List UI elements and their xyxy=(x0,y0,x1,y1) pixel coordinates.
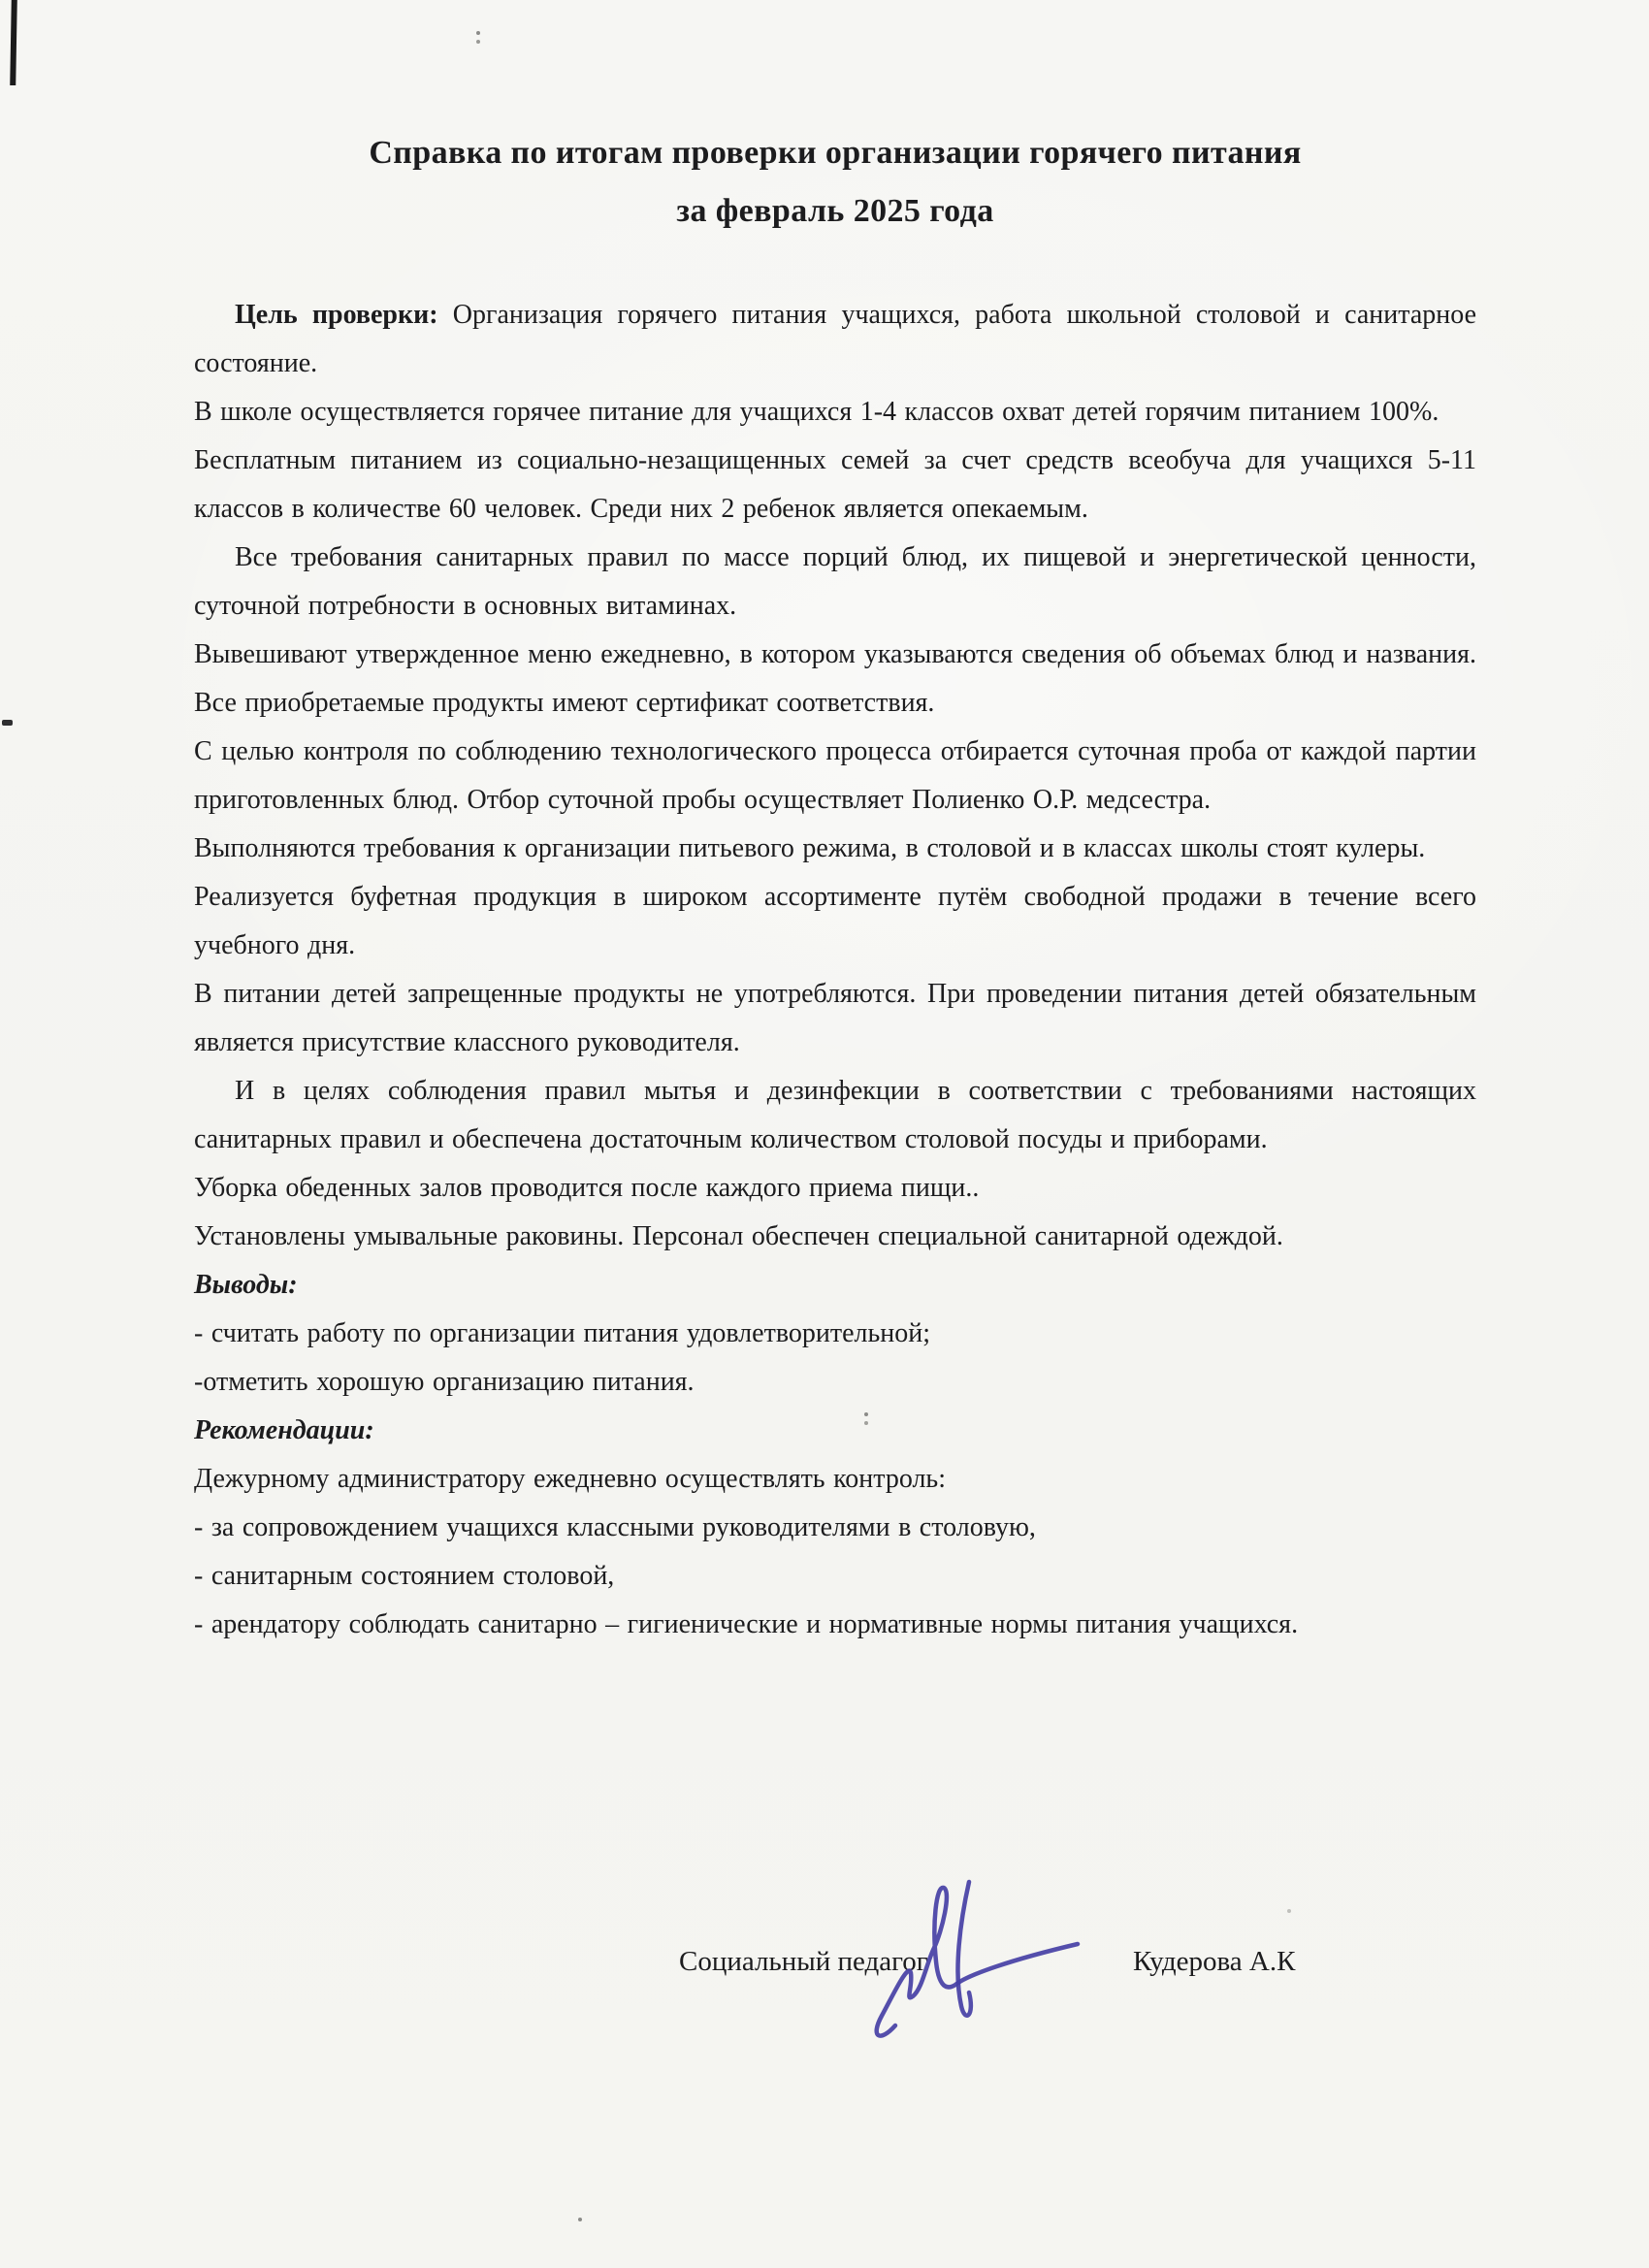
paragraph-text: Выполняются требования к организации пит… xyxy=(194,833,1425,863)
paragraph-text: С целью контроля по соблюдению технологи… xyxy=(194,736,1476,815)
paragraph-text: Все требования санитарных правил по масс… xyxy=(194,542,1476,621)
paragraph-text: Дежурному администратору ежедневно осуще… xyxy=(194,1464,946,1494)
paragraph: Выполняются требования к организации пит… xyxy=(194,825,1476,873)
paragraph-text: Бесплатным питанием из социально-незащищ… xyxy=(194,445,1476,524)
paragraph-text: Реализуется буфетная продукция в широком… xyxy=(194,882,1476,960)
paragraph: Дежурному администратору ежедневно осуще… xyxy=(194,1455,1476,1504)
paragraph: - за сопровождением учащихся классными р… xyxy=(194,1504,1476,1552)
paragraph-lead-bold: Цель проверки: xyxy=(235,300,438,330)
scan-speck xyxy=(476,31,480,35)
paragraph: - считать работу по организации питания … xyxy=(194,1310,1476,1358)
paragraph-text: Выводы: xyxy=(194,1270,298,1300)
title-line-2: за февраль 2025 года xyxy=(194,182,1476,241)
handwritten-signature xyxy=(866,1878,1099,2053)
paragraph: Цель проверки: Организация горячего пита… xyxy=(194,291,1476,388)
paragraph: Реализуется буфетная продукция в широком… xyxy=(194,873,1476,970)
paragraph: Уборка обеденных залов проводится после … xyxy=(194,1164,1476,1213)
paragraph: В школе осуществляется горячее питание д… xyxy=(194,388,1476,437)
paragraph-text: - за сопровождением учащихся классными р… xyxy=(194,1512,1036,1542)
paragraph: Бесплатным питанием из социально-незащищ… xyxy=(194,437,1476,534)
paragraph-text: В школе осуществляется горячее питание д… xyxy=(194,397,1439,427)
scan-edge-artifact xyxy=(10,0,17,85)
paragraph-text: Рекомендации: xyxy=(194,1415,374,1445)
paragraph-text: - санитарным состоянием столовой, xyxy=(194,1561,614,1591)
paragraph-text: -отметить хорошую организацию питания. xyxy=(194,1367,695,1397)
paragraph-text: Уборка обеденных залов проводится после … xyxy=(194,1173,979,1203)
paragraph: Установлены умывальные раковины. Персона… xyxy=(194,1213,1476,1261)
paragraph-text: Установлены умывальные раковины. Персона… xyxy=(194,1221,1283,1251)
scan-edge-mark xyxy=(2,720,13,726)
paragraph-text: И в целях соблюдения правил мытья и дези… xyxy=(194,1076,1476,1154)
paragraph: -отметить хорошую организацию питания. xyxy=(194,1358,1476,1407)
paragraph: - арендатору соблюдать санитарно – гигие… xyxy=(194,1601,1476,1649)
paragraph: В питании детей запрещенные продукты не … xyxy=(194,970,1476,1067)
paragraph-text: - считать работу по организации питания … xyxy=(194,1318,930,1348)
paragraph: Выводы: xyxy=(194,1261,1476,1310)
paragraph: Все требования санитарных правил по масс… xyxy=(194,534,1476,631)
paragraph: - санитарным состоянием столовой, xyxy=(194,1552,1476,1601)
paragraph-text: Вывешивают утвержденное меню ежедневно, … xyxy=(194,639,1476,718)
paragraph: С целью контроля по соблюдению технологи… xyxy=(194,728,1476,825)
document-body: Цель проверки: Организация горячего пита… xyxy=(194,291,1476,1649)
paragraph-text: - арендатору соблюдать санитарно – гигие… xyxy=(194,1609,1298,1639)
paragraph: Рекомендации: xyxy=(194,1407,1476,1455)
document-page: Справка по итогам проверки организации г… xyxy=(0,0,1649,2268)
paragraph: И в целях соблюдения правил мытья и дези… xyxy=(194,1067,1476,1164)
scan-speck xyxy=(578,2218,582,2221)
scan-speck xyxy=(1287,1909,1291,1913)
paragraph-text: В питании детей запрещенные продукты не … xyxy=(194,979,1476,1057)
title-line-1: Справка по итогам проверки организации г… xyxy=(194,124,1476,182)
signature-name: Кудерова А.К xyxy=(1133,1946,1295,1978)
paragraph: Вывешивают утвержденное меню ежедневно, … xyxy=(194,631,1476,728)
page-title: Справка по итогам проверки организации г… xyxy=(194,124,1476,241)
